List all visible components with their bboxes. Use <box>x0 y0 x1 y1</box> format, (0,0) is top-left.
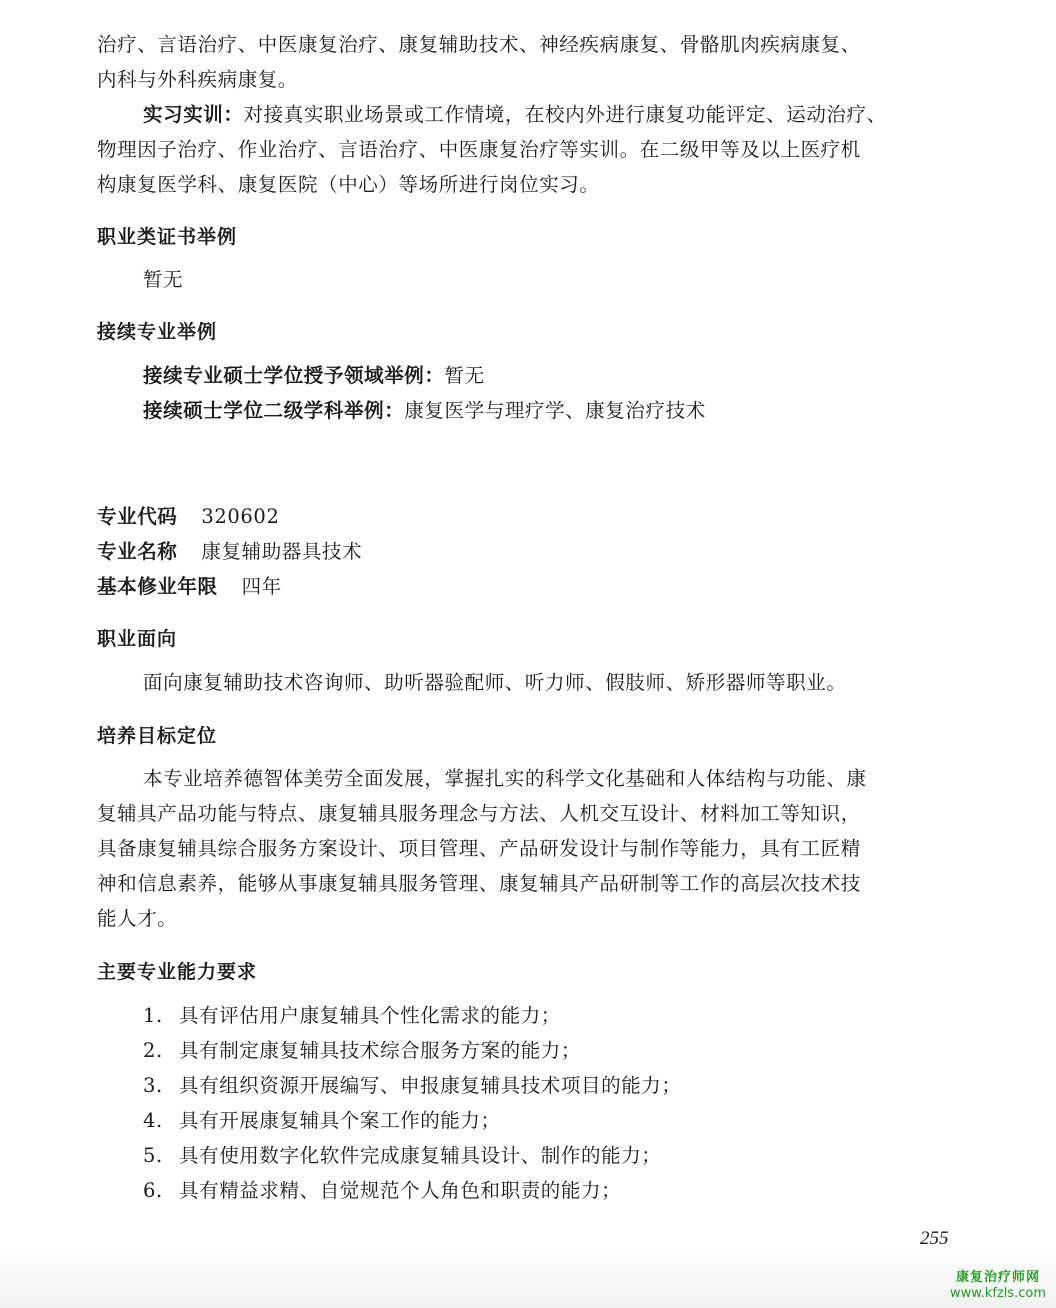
major-code-value: 320602 <box>201 505 279 528</box>
ability-number: 3. <box>143 1074 179 1098</box>
major-name-row: 专业名称康复辅助器具技术 <box>97 540 362 564</box>
major-code-row: 专业代码320602 <box>97 505 279 529</box>
continuing-item-1-label: 接续专业硕士学位授予领域举例： <box>143 364 445 387</box>
career-heading: 职业面向 <box>97 627 177 651</box>
page-footer-shade <box>0 1248 1056 1308</box>
ability-number: 6. <box>143 1179 179 1203</box>
ability-item-4: 4.具有开展康复辅具个案工作的能力； <box>143 1109 501 1133</box>
internship-text: 对接真实职业场景或工作情境，在校内外进行康复功能评定、运动治疗、 <box>244 103 887 126</box>
ability-text: 具有评估用户康复辅具个性化需求的能力； <box>179 1004 561 1027</box>
career-text: 面向康复辅助技术咨询师、助听器验配师、听力师、假肢师、矫形器师等职业。 <box>143 671 847 695</box>
major-name-value: 康复辅助器具技术 <box>201 540 362 563</box>
certificates-heading: 职业类证书举例 <box>97 225 237 249</box>
courses-line-2: 内科与外科疾病康复。 <box>97 68 298 92</box>
ability-number: 2. <box>143 1039 179 1063</box>
ability-item-6: 6.具有精益求精、自觉规范个人角色和职责的能力； <box>143 1179 621 1203</box>
certificates-value: 暂无 <box>143 268 183 292</box>
continuing-item-1: 接续专业硕士学位授予领域举例：暂无 <box>143 364 485 388</box>
major-code-label: 专业代码 <box>97 505 177 528</box>
continuing-heading: 接续专业举例 <box>97 320 217 344</box>
courses-line-1: 治疗、言语治疗、中医康复治疗、康复辅助技术、神经疾病康复、骨骼肌肉疾病康复、 <box>97 33 861 57</box>
goal-line-3: 具备康复辅具综合服务方案设计、项目管理、产品研发设计与制作等能力，具有工匠精 <box>97 837 861 861</box>
ability-text: 具有组织资源开展编写、申报康复辅具技术项目的能力； <box>179 1074 682 1097</box>
page-number: 255 <box>920 1228 949 1250</box>
ability-item-3: 3.具有组织资源开展编写、申报康复辅具技术项目的能力； <box>143 1074 682 1098</box>
internship-label: 实习实训： <box>143 103 244 126</box>
abilities-heading: 主要专业能力要求 <box>97 960 257 984</box>
continuing-item-1-value: 暂无 <box>445 364 485 387</box>
watermark-url: www.kfzls.com <box>950 1286 1046 1302</box>
goal-line-2: 复辅具产品功能与特点、康复辅具服务理念与方法、人机交互设计、材料加工等知识， <box>97 802 861 826</box>
internship-line-3: 构康复医学科、康复医院（中心）等场所进行岗位实习。 <box>97 173 600 197</box>
watermark-title: 康复治疗师网 <box>950 1270 1046 1286</box>
ability-item-5: 5.具有使用数字化软件完成康复辅具设计、制作的能力； <box>143 1144 661 1168</box>
ability-text: 具有开展康复辅具个案工作的能力； <box>179 1109 501 1132</box>
internship-paragraph-line-1: 实习实训：对接真实职业场景或工作情境，在校内外进行康复功能评定、运动治疗、 <box>143 103 887 127</box>
watermark: 康复治疗师网 www.kfzls.com <box>950 1270 1046 1302</box>
major-years-value: 四年 <box>242 575 282 598</box>
goal-line-1: 本专业培养德智体美劳全面发展，掌握扎实的科学文化基础和人体结构与功能、康 <box>143 767 867 791</box>
ability-item-2: 2.具有制定康复辅具技术综合服务方案的能力； <box>143 1039 581 1063</box>
ability-number: 4. <box>143 1109 179 1133</box>
ability-number: 5. <box>143 1144 179 1168</box>
major-years-row: 基本修业年限四年 <box>97 575 282 599</box>
continuing-item-2-label: 接续硕士学位二级学科举例： <box>143 399 404 422</box>
ability-text: 具有精益求精、自觉规范个人角色和职责的能力； <box>179 1179 621 1202</box>
internship-line-2: 物理因子治疗、作业治疗、言语治疗、中医康复治疗等实训。在二级甲等及以上医疗机 <box>97 138 861 162</box>
major-name-label: 专业名称 <box>97 540 177 563</box>
goal-heading: 培养目标定位 <box>97 724 217 748</box>
goal-line-4: 神和信息素养，能够从事康复辅具服务管理、康复辅具产品研制等工作的高层次技术技 <box>97 872 861 896</box>
ability-text: 具有制定康复辅具技术综合服务方案的能力； <box>179 1039 581 1062</box>
ability-item-1: 1.具有评估用户康复辅具个性化需求的能力； <box>143 1004 561 1028</box>
ability-text: 具有使用数字化软件完成康复辅具设计、制作的能力； <box>179 1144 661 1167</box>
ability-number: 1. <box>143 1004 179 1028</box>
continuing-item-2: 接续硕士学位二级学科举例：康复医学与理疗学、康复治疗技术 <box>143 399 706 423</box>
goal-line-5: 能人才。 <box>97 907 177 931</box>
continuing-item-2-value: 康复医学与理疗学、康复治疗技术 <box>404 399 706 422</box>
major-years-label: 基本修业年限 <box>97 575 218 598</box>
